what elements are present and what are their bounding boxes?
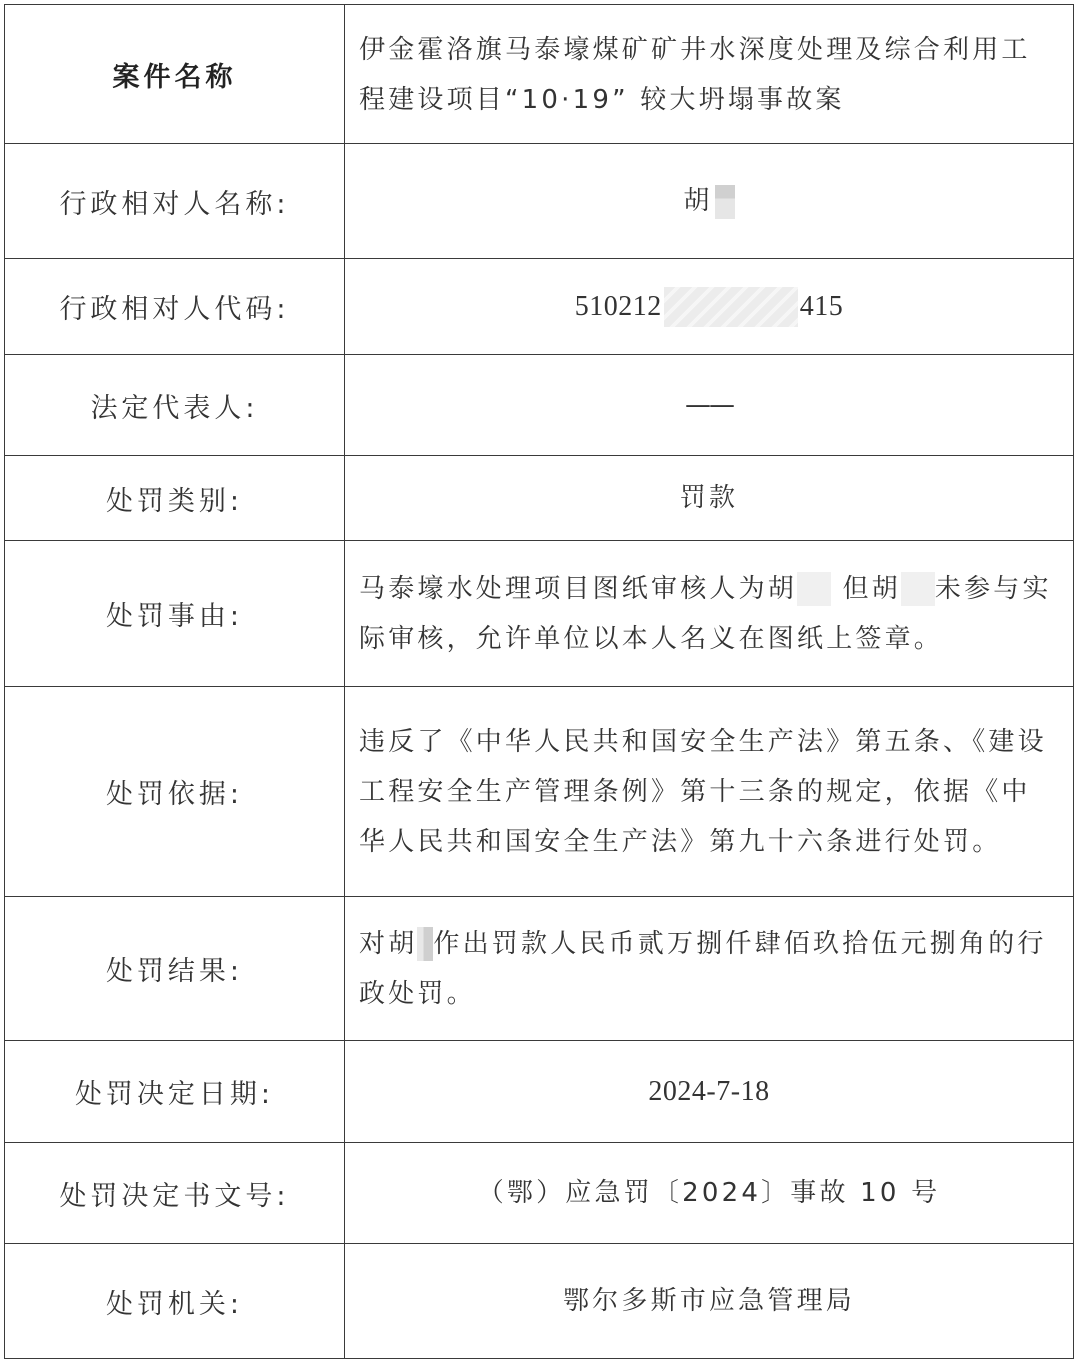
value-penalty-type: 罚款 [345, 456, 1074, 541]
label-decision-date: 处罚决定日期: [5, 1041, 345, 1143]
label-text: 行政相对人名称: [59, 189, 289, 220]
label-text: 处罚决定书文号: [59, 1181, 289, 1212]
label-text: 法定代表人: [90, 393, 258, 424]
value-party-code: 510212415 [345, 259, 1074, 355]
result-text-part2: 作出罚款人民币贰万捌仟肆佰玖拾伍元捌角的行政处罚。 [359, 929, 1047, 1009]
redacted-name-block [417, 927, 433, 961]
party-code-prefix: 510212 [575, 291, 662, 322]
label-text: 处罚结果: [106, 956, 243, 987]
decision-date-text: 2024-7-18 [648, 1076, 769, 1107]
party-code-suffix: 415 [800, 291, 844, 322]
result-text-part1: 对胡 [359, 929, 417, 959]
redacted-name-block [797, 572, 831, 606]
table-row-party-name: 行政相对人名称: 胡 [5, 144, 1074, 259]
table-row-penalty-reason: 处罚事由: 马泰壕水处理项目图纸审核人为胡 但胡未参与实际审核，允许单位以本人名… [5, 541, 1074, 687]
redacted-name-block [715, 185, 735, 219]
table-row-party-code: 行政相对人代码: 510212415 [5, 259, 1074, 355]
decision-number-text: （鄂）应急罚〔2024〕事故 10 号 [478, 1178, 941, 1208]
value-party-name: 胡 [345, 144, 1074, 259]
case-name-text: 伊金霍洛旗马泰壕煤矿矿井水深度处理及综合利用工程建设项目“10·19” 较大坍塌… [359, 35, 1031, 115]
table-row-legal-rep: 法定代表人: —— [5, 355, 1074, 456]
label-penalty-type: 处罚类别: [5, 456, 345, 541]
label-decision-number: 处罚决定书文号: [5, 1143, 345, 1244]
value-legal-rep: —— [345, 355, 1074, 456]
label-party-name: 行政相对人名称: [5, 144, 345, 259]
redacted-name-block [901, 572, 935, 606]
penalty-type-text: 罚款 [680, 483, 738, 513]
value-decision-date: 2024-7-18 [345, 1041, 1074, 1143]
label-text: 行政相对人代码: [59, 294, 289, 325]
reason-text-part1: 马泰壕水处理项目图纸审核人为胡 [359, 574, 797, 604]
label-text: 处罚决定日期: [75, 1079, 274, 1110]
penalty-info-table: 案件名称 伊金霍洛旗马泰壕煤矿矿井水深度处理及综合利用工程建设项目“10·19”… [4, 4, 1074, 1359]
label-penalty-result: 处罚结果: [5, 897, 345, 1041]
table-row-decision-date: 处罚决定日期: 2024-7-18 [5, 1041, 1074, 1143]
label-text: 案件名称 [113, 62, 237, 93]
authority-text: 鄂尔多斯市应急管理局 [563, 1286, 855, 1316]
reason-text-part2: 但胡 [831, 574, 901, 604]
value-penalty-reason: 马泰壕水处理项目图纸审核人为胡 但胡未参与实际审核，允许单位以本人名义在图纸上签… [345, 541, 1074, 687]
table-row-penalty-basis: 处罚依据: 违反了《中华人民共和国安全生产法》第五条、《建设工程安全生产管理条例… [5, 687, 1074, 897]
label-case-name: 案件名称 [5, 5, 345, 144]
label-penalty-reason: 处罚事由: [5, 541, 345, 687]
penalty-basis-text: 违反了《中华人民共和国安全生产法》第五条、《建设工程安全生产管理条例》第十三条的… [359, 727, 1047, 857]
table-row-decision-number: 处罚决定书文号: （鄂）应急罚〔2024〕事故 10 号 [5, 1143, 1074, 1244]
label-text: 处罚机关: [106, 1289, 243, 1320]
label-legal-rep: 法定代表人: [5, 355, 345, 456]
table-row-penalty-result: 处罚结果: 对胡作出罚款人民币贰万捌仟肆佰玖拾伍元捌角的行政处罚。 [5, 897, 1074, 1041]
value-penalty-result: 对胡作出罚款人民币贰万捌仟肆佰玖拾伍元捌角的行政处罚。 [345, 897, 1074, 1041]
label-authority: 处罚机关: [5, 1244, 345, 1359]
party-name-text: 胡 [683, 186, 712, 216]
label-penalty-basis: 处罚依据: [5, 687, 345, 897]
value-authority: 鄂尔多斯市应急管理局 [345, 1244, 1074, 1359]
redacted-code-block [664, 287, 798, 327]
legal-rep-text: —— [685, 380, 733, 430]
label-text: 处罚事由: [106, 601, 243, 632]
table-row-authority: 处罚机关: 鄂尔多斯市应急管理局 [5, 1244, 1074, 1359]
value-case-name: 伊金霍洛旗马泰壕煤矿矿井水深度处理及综合利用工程建设项目“10·19” 较大坍塌… [345, 5, 1074, 144]
label-party-code: 行政相对人代码: [5, 259, 345, 355]
table-row-case-name: 案件名称 伊金霍洛旗马泰壕煤矿矿井水深度处理及综合利用工程建设项目“10·19”… [5, 5, 1074, 144]
value-decision-number: （鄂）应急罚〔2024〕事故 10 号 [345, 1143, 1074, 1244]
value-penalty-basis: 违反了《中华人民共和国安全生产法》第五条、《建设工程安全生产管理条例》第十三条的… [345, 687, 1074, 897]
table-row-penalty-type: 处罚类别: 罚款 [5, 456, 1074, 541]
label-text: 处罚类别: [106, 486, 243, 517]
label-text: 处罚依据: [106, 779, 243, 810]
